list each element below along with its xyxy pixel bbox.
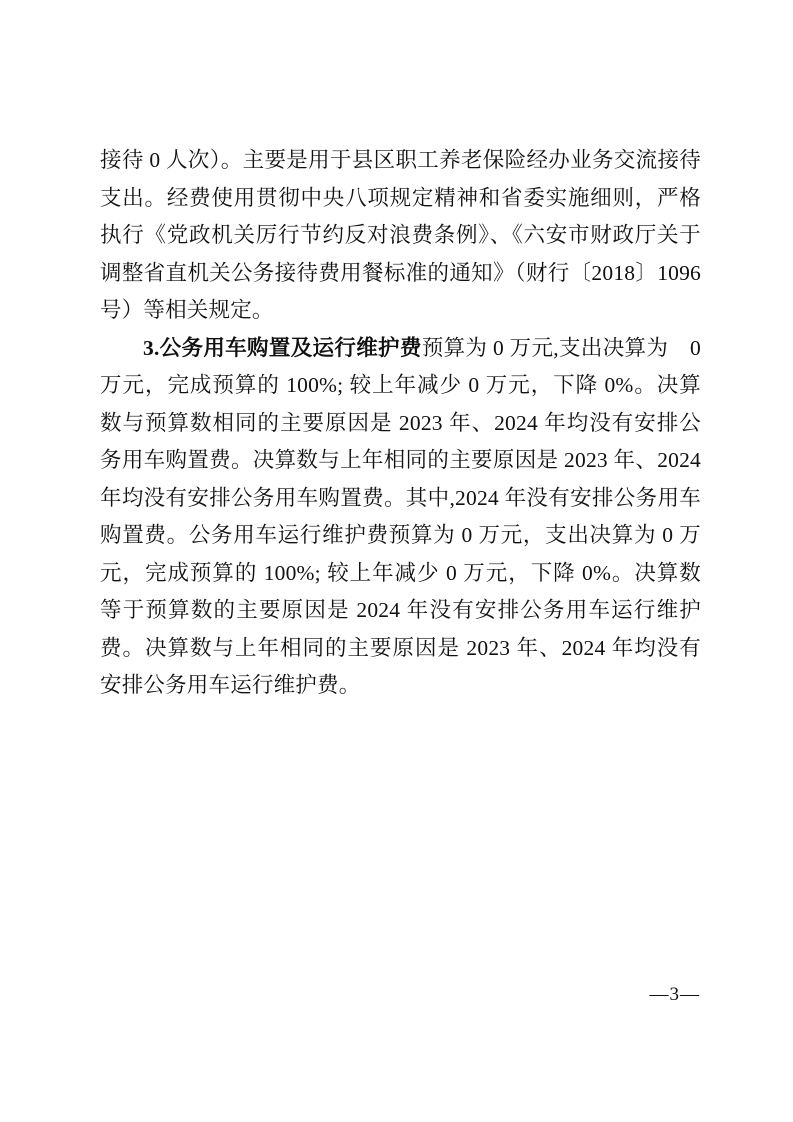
paragraph-lead-bold: 3.公务用车购置及运行维护费 [143,336,422,360]
paragraph-official-reception-continuation: 接待 0 人次）。主要是用于县区职工养老保险经办业务交流接待支出。经费使用贯彻中… [100,142,701,330]
paragraph-vehicle-purchase-maintenance: 3.公务用车购置及运行维护费预算为 0 万元,支出决算为 0 万元，完成预算的 … [100,330,701,705]
document-body: 接待 0 人次）。主要是用于县区职工养老保险经办业务交流接待支出。经费使用贯彻中… [100,142,701,705]
page-number: —3— [650,984,701,1006]
paragraph-body-text: 预算为 0 万元,支出决算为 0 万元，完成预算的 100%; 较上年减少 0 … [100,336,701,698]
document-page: 接待 0 人次）。主要是用于县区职工养老保险经办业务交流接待支出。经费使用贯彻中… [0,0,793,1122]
